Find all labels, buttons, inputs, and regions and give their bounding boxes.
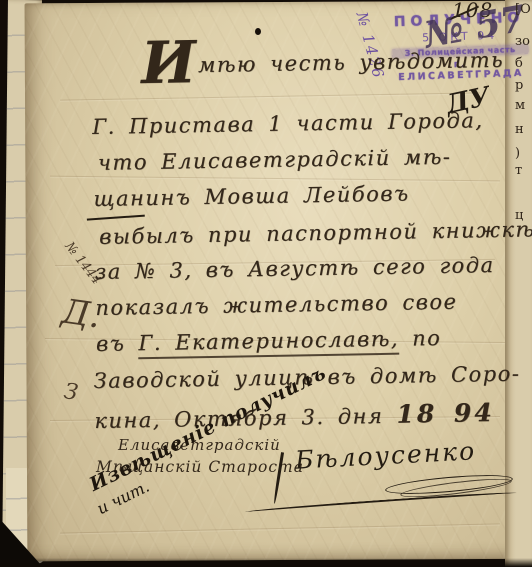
edge-glyph: ): [515, 146, 520, 161]
letter-line-7: показалъ жительство свое: [95, 290, 457, 320]
photo-bottom-shadow: [0, 558, 532, 567]
letter-line-2: Г. Пристава 1 части Города,: [92, 108, 484, 139]
edge-glyph: б: [515, 56, 523, 71]
underlined-city: Г. Екатеринославѣ,: [138, 327, 399, 360]
drop-initial: И: [141, 28, 197, 97]
letter-line-8-suffix: по: [399, 326, 442, 351]
letter-line-3: что Елисаветградскій мѣ-: [98, 145, 452, 175]
letter-line-8-prefix: въ: [96, 331, 139, 356]
edge-glyph: м: [515, 98, 525, 113]
edge-glyph: н: [515, 122, 524, 137]
scanned-letter-photo: ПОЛУЧЕНО 5 ОКТ 94 З. Полицейская часть г…: [0, 0, 532, 567]
edge-glyph: т: [515, 163, 522, 178]
letter-line-1-text: мѣю честь увѣдомить: [198, 48, 504, 77]
edge-glyph: ц: [515, 208, 523, 223]
letter-line-1: Имѣю честь увѣдомить: [141, 48, 504, 78]
edge-glyph: р: [515, 78, 523, 93]
edge-glyph: [О: [515, 2, 531, 17]
date-number-flourish: 18 94: [396, 398, 495, 429]
letter-line-6: за № 3, въ Августѣ сего года: [95, 253, 495, 284]
letter-line-5: выбылъ при паспортной книжкѣ: [99, 217, 532, 249]
strikethrough-mark: [87, 215, 145, 221]
edge-glyph: зо: [515, 34, 530, 49]
letter-line-8: въ Г. Екатеринославѣ, по: [96, 326, 442, 356]
letter-line-4: щанинъ Мовша Лейбовъ: [93, 181, 409, 211]
